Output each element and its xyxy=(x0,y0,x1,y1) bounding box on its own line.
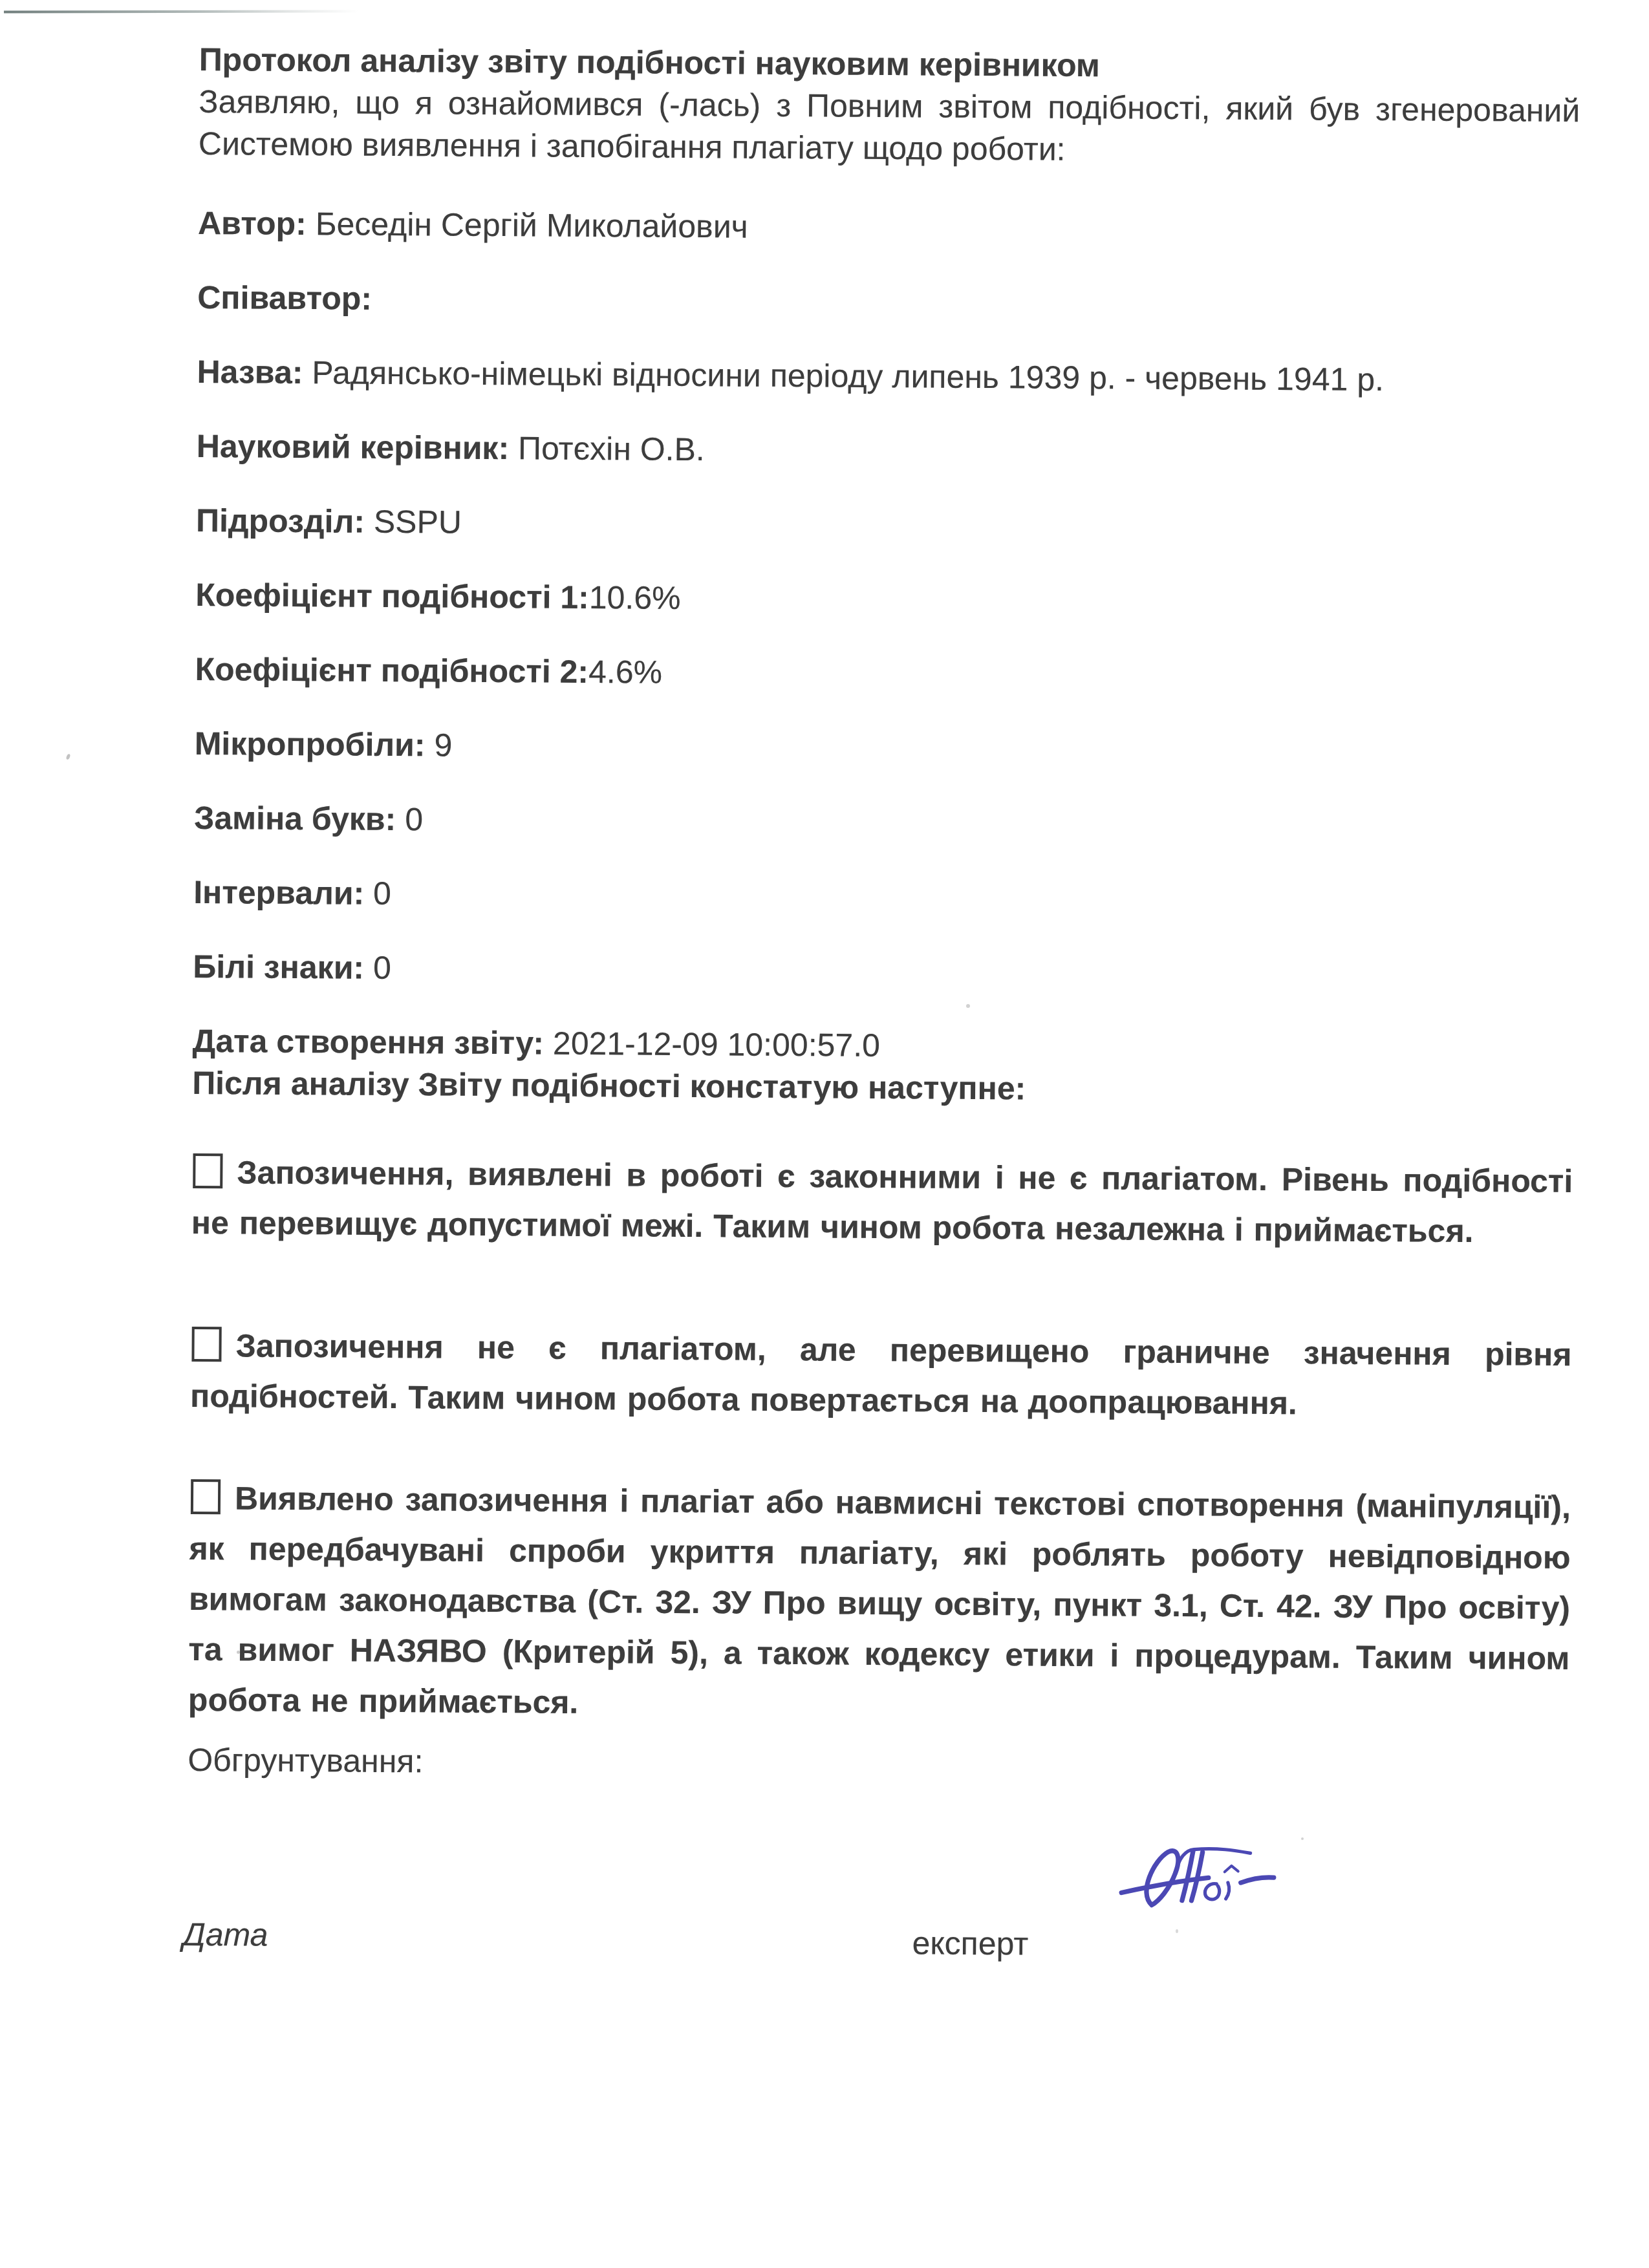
field-row: Інтервали: 0 xyxy=(193,872,1575,923)
option-row: Запозичення, виявлені в роботі є законни… xyxy=(191,1147,1573,1257)
document-content: Протокол аналізу звіту подібності науков… xyxy=(188,39,1580,1823)
field-label: Коефіцієнт подібності 1: xyxy=(195,577,589,615)
option-checkbox-unchecked xyxy=(191,1327,221,1362)
field-separator xyxy=(364,875,373,912)
field-row: Співавтор: xyxy=(197,277,1579,328)
field-row: Коефіцієнт подібності 1:10.6% xyxy=(195,574,1577,625)
field-label: Коефіцієнт подібності 2: xyxy=(195,651,588,690)
field-label: Назва: xyxy=(197,354,303,390)
field-row: Мікропробіли: 9 xyxy=(195,723,1576,774)
option-text: Виявлено запозичення і плагіат або навми… xyxy=(188,1480,1571,1720)
field-separator xyxy=(303,354,312,390)
field-label: Мікропробіли: xyxy=(195,725,426,763)
footer-expert-label: експерт xyxy=(912,1922,1028,1965)
scan-speck xyxy=(1176,1929,1178,1933)
field-label: Заміна букв: xyxy=(194,800,396,837)
scan-speck xyxy=(65,753,70,760)
field-label: Автор: xyxy=(198,205,307,242)
scan-speck xyxy=(966,1004,970,1008)
field-value: SSPU xyxy=(374,504,462,540)
field-value: 4.6% xyxy=(588,654,662,690)
fields-list: Автор: Беседін Сергій Миколайович Співав… xyxy=(193,202,1580,1071)
option-checkbox-unchecked xyxy=(193,1153,222,1188)
option-row: Виявлено запозичення і плагіат або навми… xyxy=(188,1473,1571,1734)
field-label: Підрозділ: xyxy=(196,502,365,540)
field-row: Заміна букв: 0 xyxy=(194,797,1575,848)
footer-date-label: Дата xyxy=(182,1914,268,1956)
field-separator xyxy=(396,801,405,837)
option-text: Запозичення не є плагіатом, але перевище… xyxy=(190,1327,1572,1421)
scan-speck xyxy=(1301,1837,1304,1840)
field-separator xyxy=(509,430,518,466)
field-label: Співавтор: xyxy=(197,279,372,317)
field-value: Беседін Сергій Миколайович xyxy=(316,206,748,244)
option-text: Запозичення, виявлені в роботі є законни… xyxy=(191,1154,1573,1249)
field-value: Радянсько-німецькі відносини періоду лип… xyxy=(312,354,1384,398)
scan-artifact-line xyxy=(4,10,358,13)
field-value: 0 xyxy=(373,875,391,912)
option-row: Запозичення не є плагіатом, але перевище… xyxy=(190,1320,1572,1430)
expert-signature-ink xyxy=(1118,1841,1280,1913)
field-row: Автор: Беседін Сергій Миколайович xyxy=(198,202,1579,253)
justification-label: Обгрунтування: xyxy=(188,1739,1569,1790)
scanned-document-page: Протокол аналізу звіту подібності науков… xyxy=(0,0,1649,2268)
options-list: Запозичення, виявлені в роботі є законни… xyxy=(188,1147,1573,1734)
scan-speck xyxy=(237,1651,240,1654)
statement-line: Після аналізу Звіту подібності констатую… xyxy=(192,1062,1573,1113)
field-label: Інтервали: xyxy=(193,874,364,912)
field-separator xyxy=(544,1025,553,1062)
field-value: 0 xyxy=(405,801,423,837)
field-row: Коефіцієнт подібності 2:4.6% xyxy=(195,648,1576,700)
field-separator xyxy=(365,504,374,540)
field-separator xyxy=(425,727,434,763)
option-checkbox-unchecked xyxy=(191,1479,221,1514)
field-separator xyxy=(307,206,316,242)
field-row: Підрозділ: SSPU xyxy=(196,500,1577,551)
field-row: Білі знаки: 0 xyxy=(193,946,1574,997)
field-value: 10.6% xyxy=(589,579,681,616)
field-row: Назва: Радянсько-німецькі відносини пері… xyxy=(197,351,1578,402)
field-value: 0 xyxy=(373,950,391,986)
field-separator xyxy=(364,950,373,986)
field-value: 9 xyxy=(434,727,452,763)
field-value: Потєхін О.В. xyxy=(518,430,705,467)
field-label: Білі знаки: xyxy=(193,948,364,986)
field-value: 2021-12-09 10:00:57.0 xyxy=(553,1025,880,1064)
field-label: Дата створення звіту: xyxy=(193,1023,544,1062)
field-label: Науковий керівник: xyxy=(197,428,510,466)
field-row: Науковий керівник: Потєхін О.В. xyxy=(197,425,1578,476)
intro-paragraph: Заявляю, що я ознайомився (-лась) з Повн… xyxy=(199,81,1580,174)
